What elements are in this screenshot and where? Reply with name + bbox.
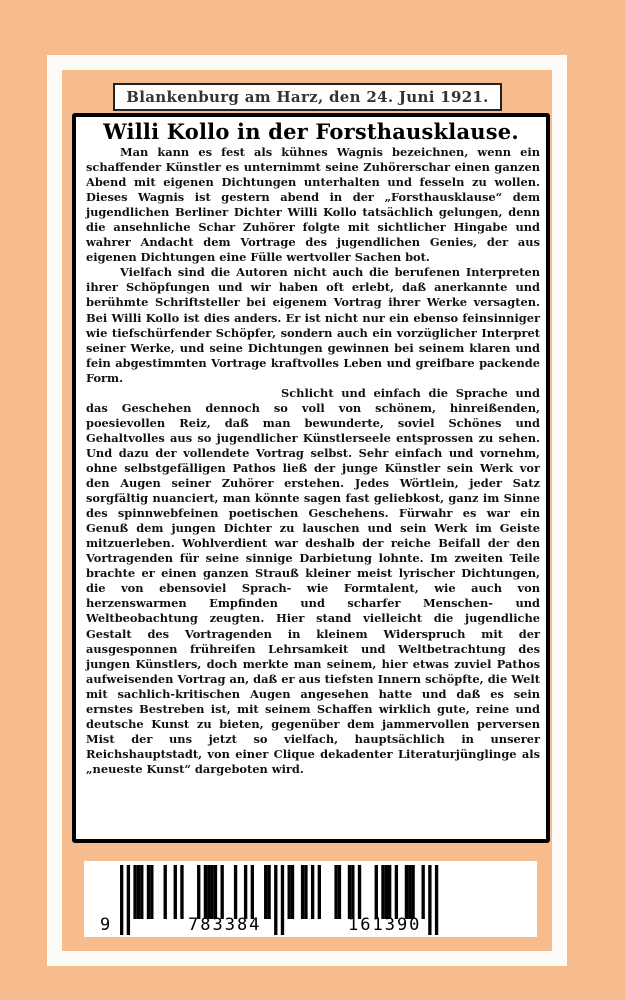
paragraph-2: Vielfach sind die Autoren nicht auch die… <box>86 265 540 385</box>
paragraph-1: Man kann es fest als kühnes Wagnis bezei… <box>86 145 540 265</box>
barcode-digits-right: 161390 <box>348 915 421 935</box>
article-box: Willi Kollo in der Forsthausklause. Man … <box>72 113 550 843</box>
headline: Willi Kollo in der Forsthausklause. <box>76 119 546 145</box>
barcode-digit-lead: 9 <box>100 915 112 935</box>
article-body: Man kann es fest als kühnes Wagnis bezei… <box>76 145 546 777</box>
paragraph-3: Schlicht und einfach die Sprache und das… <box>86 386 540 777</box>
barcode-bars <box>84 861 537 937</box>
barcode: 9 783384 161390 <box>84 861 537 937</box>
barcode-digits-left: 783384 <box>188 915 261 935</box>
dateline: Blankenburg am Harz, den 24. Juni 1921. <box>113 83 502 111</box>
